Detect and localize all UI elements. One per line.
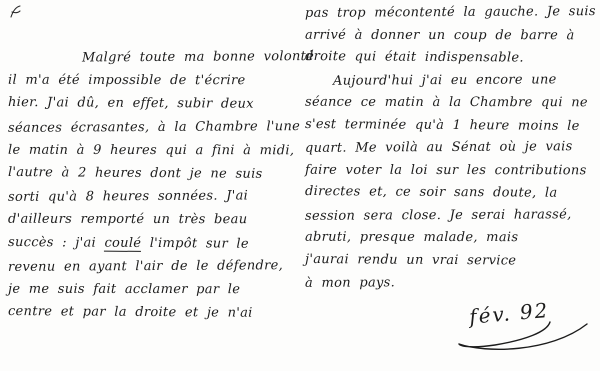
handwritten-line: il m'a été impossible de t'écrire	[8, 69, 300, 93]
handwritten-line: séances écrasantes, à la Chambre l'une	[8, 115, 300, 140]
underlined-word: coulé	[104, 235, 141, 251]
handwritten-line: quart. Me voilà au Sénat où je vais	[305, 136, 597, 160]
handwritten-line: séance ce matin à la Chambre qui ne	[305, 92, 597, 115]
handwritten-line: j'aurai rendu un vrai service	[305, 248, 597, 273]
handwritten-line: hier. J'ai dû, en effet, subir deux	[8, 91, 300, 116]
line-segment: l'impôt sur le	[141, 235, 249, 251]
handwritten-line: revenu en ayant l'air de le défendre,	[8, 254, 300, 279]
handwritten-line: centre et par la droite et je n'ai	[8, 300, 300, 325]
handwritten-line: succès : j'ai coulé l'impôt sur le	[8, 230, 300, 255]
handwritten-line: arrivé à donner un coup de barre à	[305, 24, 597, 47]
line-segment: succès : j'ai	[8, 234, 105, 250]
handwritten-line: session sera close. Je serai harassé,	[305, 204, 597, 228]
handwritten-line: s'est terminée qu'à 1 heure moins le	[305, 113, 597, 138]
handwritten-line: je me suis fait acclamer par le	[8, 278, 300, 302]
handwritten-line: à mon pays.	[305, 271, 597, 295]
handwritten-line: abruti, presque malade, mais	[305, 227, 597, 250]
handwritten-line: Malgré toute ma bonne volonté	[8, 45, 300, 70]
handwritten-line: droite qui était indispensable.	[305, 46, 597, 71]
handwritten-line: Aujourd'hui j'ai eu encore une	[305, 69, 597, 93]
signature: fév. 92	[455, 300, 595, 364]
letter-left-column: Malgré toute ma bonne volonté il m'a été…	[8, 46, 300, 324]
handwritten-line: l'autre à 2 heures dont je ne suis	[8, 161, 300, 186]
letter-page: Malgré toute ma bonne volonté il m'a été…	[0, 0, 600, 371]
ink-speck	[9, 4, 23, 20]
handwritten-line: le matin à 9 heures qui a fini à midi,	[8, 138, 300, 162]
handwritten-line: sorti qu'à 8 heures sonnées. J'ai	[8, 184, 300, 209]
handwritten-line: pas trop mécontenté la gauche. Je suis	[305, 1, 597, 25]
handwritten-line: directes et, ce soir sans doute, la	[305, 181, 597, 206]
handwritten-line: d'ailleurs remporté un très beau	[8, 208, 300, 232]
handwritten-line: faire voter la loi sur les contributions	[305, 159, 597, 182]
letter-right-column: pas trop mécontenté la gauche. Je suis a…	[305, 2, 597, 295]
